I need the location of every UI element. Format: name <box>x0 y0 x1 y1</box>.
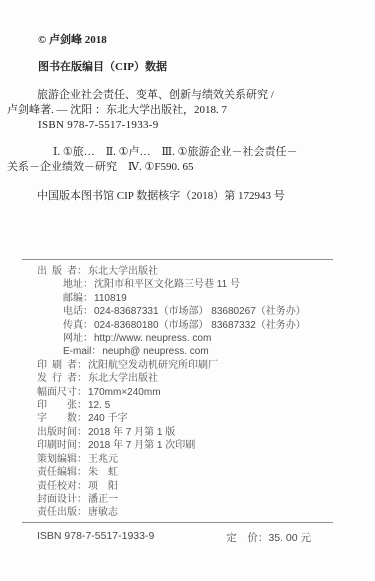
publication-row: 责任校对：项 阳 <box>37 480 355 493</box>
publication-row: E-mail：neuph@ neupress. com <box>37 345 355 358</box>
publication-row-colon: ： <box>77 359 87 372</box>
publication-row: 印刷时间：2018 年 7 月第 1 次印刷 <box>37 439 355 452</box>
publication-row: 邮编：110819 <box>37 292 355 305</box>
publication-row-value: 沈阳航空发动机研究所印刷厂 <box>87 359 218 372</box>
publication-row-colon: ： <box>83 332 93 345</box>
publication-row-label: 策划编辑 <box>37 453 77 466</box>
cip-class-line-1: Ⅰ. ①旅… Ⅱ. ①卢… Ⅲ. ①旅游企业－社会责任－ <box>53 145 339 160</box>
publication-row-colon: ： <box>77 439 87 452</box>
publication-row-label: 字数 <box>37 412 77 425</box>
publication-row-value: 12. 5 <box>87 399 110 412</box>
publication-row-value: 110819 <box>93 292 127 305</box>
footer-price: 定 价：35. 00 元 <box>226 530 311 545</box>
publication-row: 发行者：东北大学出版社 <box>37 372 355 385</box>
publication-row-value: 项 阳 <box>87 480 118 493</box>
publication-row-value: 沈阳市和平区文化路三号巷 11 号 <box>93 278 240 291</box>
publication-rows: 出版者：东北大学出版社地址：沈阳市和平区文化路三号巷 11 号邮编：110819… <box>37 265 355 520</box>
publication-row-value: 024-83687331（市场部） 83680267（社务办） <box>93 305 306 318</box>
publication-row-colon: ： <box>77 493 87 506</box>
publication-row-colon: ： <box>77 265 87 278</box>
copyright-notice: © 卢剑峰 2018 <box>38 33 339 48</box>
publication-row-value: http://www. neupress. com <box>93 332 211 345</box>
publication-row-colon: ： <box>77 399 87 412</box>
publication-row-label: 邮编 <box>63 292 83 305</box>
publication-row-colon: ： <box>77 506 87 519</box>
publication-row-label: 印张 <box>37 399 77 412</box>
publication-row-label: 印刷时间 <box>37 439 77 452</box>
publication-row-colon: ： <box>77 453 87 466</box>
cip-heading: 图书在版编目（CIP）数据 <box>38 60 339 75</box>
publication-row-value: 2018 年 7 月第 1 版 <box>87 426 175 439</box>
publication-row: 印刷者：沈阳航空发动机研究所印刷厂 <box>37 359 355 372</box>
publication-row: 策划编辑：王兆元 <box>37 453 355 466</box>
publication-row: 电话：024-83687331（市场部） 83680267（社务办） <box>37 305 355 318</box>
publication-row-colon: ： <box>77 412 87 425</box>
publication-row-value: 2018 年 7 月第 1 次印刷 <box>87 439 195 452</box>
publication-row-colon: ： <box>91 345 101 358</box>
publication-row-label: 印刷者 <box>37 359 77 372</box>
publication-row-label: 网址 <box>63 332 83 345</box>
publication-row-value: 王兆元 <box>87 453 118 466</box>
publication-row: 网址：http://www. neupress. com <box>37 332 355 345</box>
publication-row-value: 唐敏志 <box>87 506 118 519</box>
publication-row-value: 170mm×240mm <box>87 386 161 399</box>
publication-row-label: 责任编辑 <box>37 466 77 479</box>
publication-row: 出版者：东北大学出版社 <box>37 265 355 278</box>
footer: ISBN 978-7-5517-1933-9 定 价：35. 00 元 <box>0 523 375 545</box>
publication-row-value: 东北大学出版社 <box>87 372 158 385</box>
publication-row-label: 幅面尺寸 <box>37 386 77 399</box>
publication-row-colon: ： <box>77 426 87 439</box>
publication-row: 出版时间：2018 年 7 月第 1 版 <box>37 426 355 439</box>
publication-row-colon: ： <box>77 386 87 399</box>
publication-row: 责任编辑：朱 虹 <box>37 466 355 479</box>
footer-isbn: ISBN 978-7-5517-1933-9 <box>37 530 154 545</box>
publication-row-label: 出版者 <box>37 265 77 278</box>
publication-row-label: 发行者 <box>37 372 77 385</box>
cip-author-line: 卢剑峰著. — 沈阳 ：东北大学出版社，2018. 7 <box>7 103 339 118</box>
cip-record-number: 中国版本图书馆 CIP 数据核字（2018）第 172943 号 <box>37 189 339 204</box>
publication-row-value: 潘正一 <box>87 493 118 506</box>
publication-row-colon: ： <box>77 466 87 479</box>
publication-row: 地址：沈阳市和平区文化路三号巷 11 号 <box>37 278 355 291</box>
publication-row-colon: ： <box>83 319 93 332</box>
publication-row: 传真：024-83680180（市场部） 83687332（社务办） <box>37 319 355 332</box>
publication-row-label: 封面设计 <box>37 493 77 506</box>
cip-section: © 卢剑峰 2018 图书在版编目（CIP）数据 旅游企业社会责任、变革、创新与… <box>0 0 375 204</box>
publication-row-value: 024-83680180（市场部） 83687332（社务办） <box>93 319 306 332</box>
publication-row-label: 地址 <box>63 278 83 291</box>
publication-row-label: 电话 <box>63 305 83 318</box>
publication-row-value: 朱 虹 <box>87 466 118 479</box>
publication-row-colon: ： <box>77 372 87 385</box>
publication-info-section: 出版者：东北大学出版社地址：沈阳市和平区文化路三号巷 11 号邮编：110819… <box>0 260 375 520</box>
publication-row-label: 传真 <box>63 319 83 332</box>
publication-row: 封面设计：潘正一 <box>37 493 355 506</box>
cip-title-line: 旅游企业社会责任、变革、创新与绩效关系研究 / <box>37 88 339 103</box>
publication-row-colon: ： <box>83 305 93 318</box>
publication-row-colon: ： <box>77 480 87 493</box>
publication-row-label: 责任出版 <box>37 506 77 519</box>
publication-row: 责任出版：唐敏志 <box>37 506 355 519</box>
cip-isbn-line: ISBN 978-7-5517-1933-9 <box>38 118 339 133</box>
publication-row: 印张：12. 5 <box>37 399 355 412</box>
book-copyright-page: © 卢剑峰 2018 图书在版编目（CIP）数据 旅游企业社会责任、变革、创新与… <box>0 0 375 581</box>
publication-row-label: 责任校对 <box>37 480 77 493</box>
publication-row: 字数：240 千字 <box>37 412 355 425</box>
publication-row-value: neuph@ neupress. com <box>101 345 208 358</box>
cip-class-line-2: 关系－企业绩效－研究 Ⅳ. ①F590. 65 <box>7 160 339 175</box>
publication-row-value: 东北大学出版社 <box>87 265 158 278</box>
publication-row-label: E-mail <box>63 345 91 358</box>
publication-row-label: 出版时间 <box>37 426 77 439</box>
publication-row: 幅面尺寸：170mm×240mm <box>37 386 355 399</box>
publication-row-value: 240 千字 <box>87 412 127 425</box>
publication-row-colon: ： <box>83 292 93 305</box>
publication-row-colon: ： <box>83 278 93 291</box>
